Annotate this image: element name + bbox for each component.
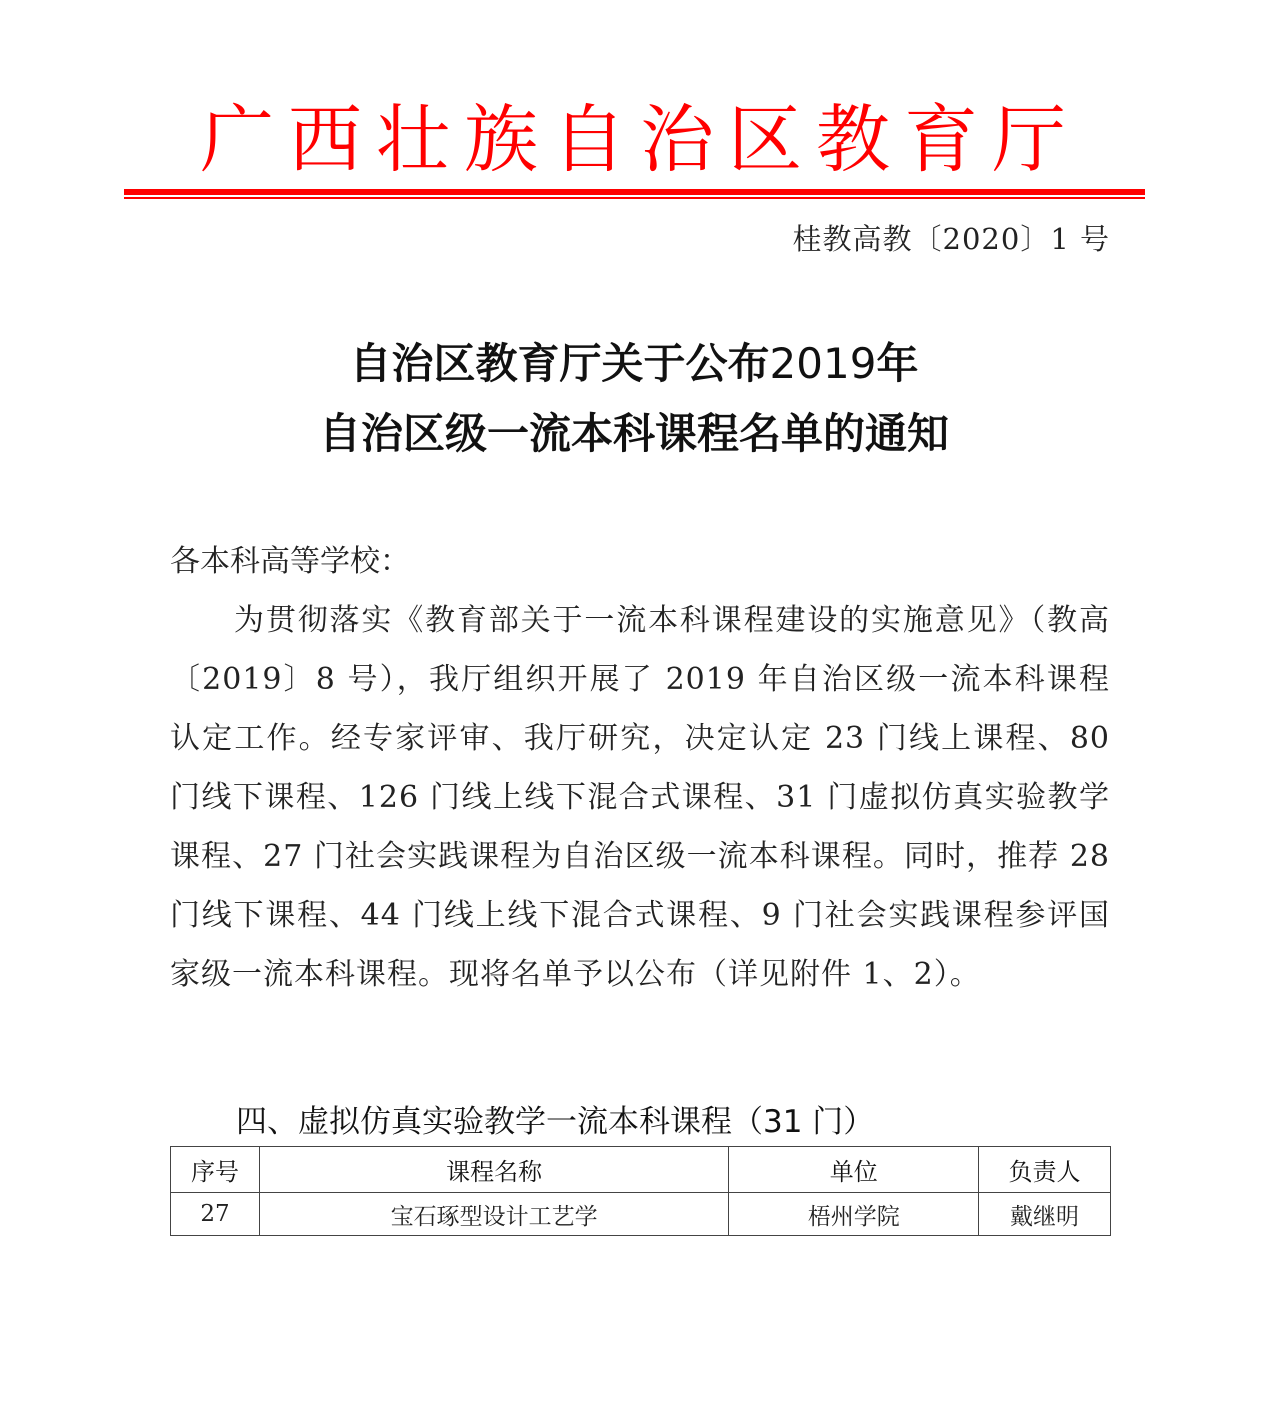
header-lead: 负责人 [979,1147,1111,1193]
masthead-rule-thick [124,189,1145,195]
table-header-row: 序号 课程名称 单位 负责人 [171,1147,1111,1193]
document-title-line1: 自治区教育厅关于公布2019年 [0,334,1268,394]
course-table: 序号 课程名称 单位 负责人 27 宝石琢型设计工艺学 梧州学院 戴继明 [170,1146,1111,1236]
masthead-rule-thin [124,197,1145,199]
document-title-line2: 自治区级一流本科课程名单的通知 [0,404,1268,464]
document-number: 桂教高教〔2020〕1 号 [793,218,1110,260]
cell-unit: 梧州学院 [729,1193,979,1236]
title-prefix: 自治区教育厅关于公布 [350,339,770,388]
masthead-org-name: 广西壮族自治区教育厅 [0,92,1268,188]
body-paragraph: 为贯彻落实《教育部关于一流本科课程建设的实施意见》（教高〔2019〕8 号），我… [170,591,1110,1004]
cell-course-name: 宝石琢型设计工艺学 [259,1193,728,1236]
section-heading: 四、虚拟仿真实验教学一流本科课程（31 门） [236,1098,874,1146]
header-index: 序号 [171,1147,260,1193]
title-year: 2019 [770,339,877,388]
cell-index: 27 [171,1193,260,1236]
salutation: 各本科高等学校： [170,532,1110,591]
header-course-name: 课程名称 [259,1147,728,1193]
header-unit: 单位 [729,1147,979,1193]
cell-lead: 戴继明 [979,1193,1111,1236]
table-row: 27 宝石琢型设计工艺学 梧州学院 戴继明 [171,1193,1111,1236]
title-suffix: 年 [876,339,918,388]
